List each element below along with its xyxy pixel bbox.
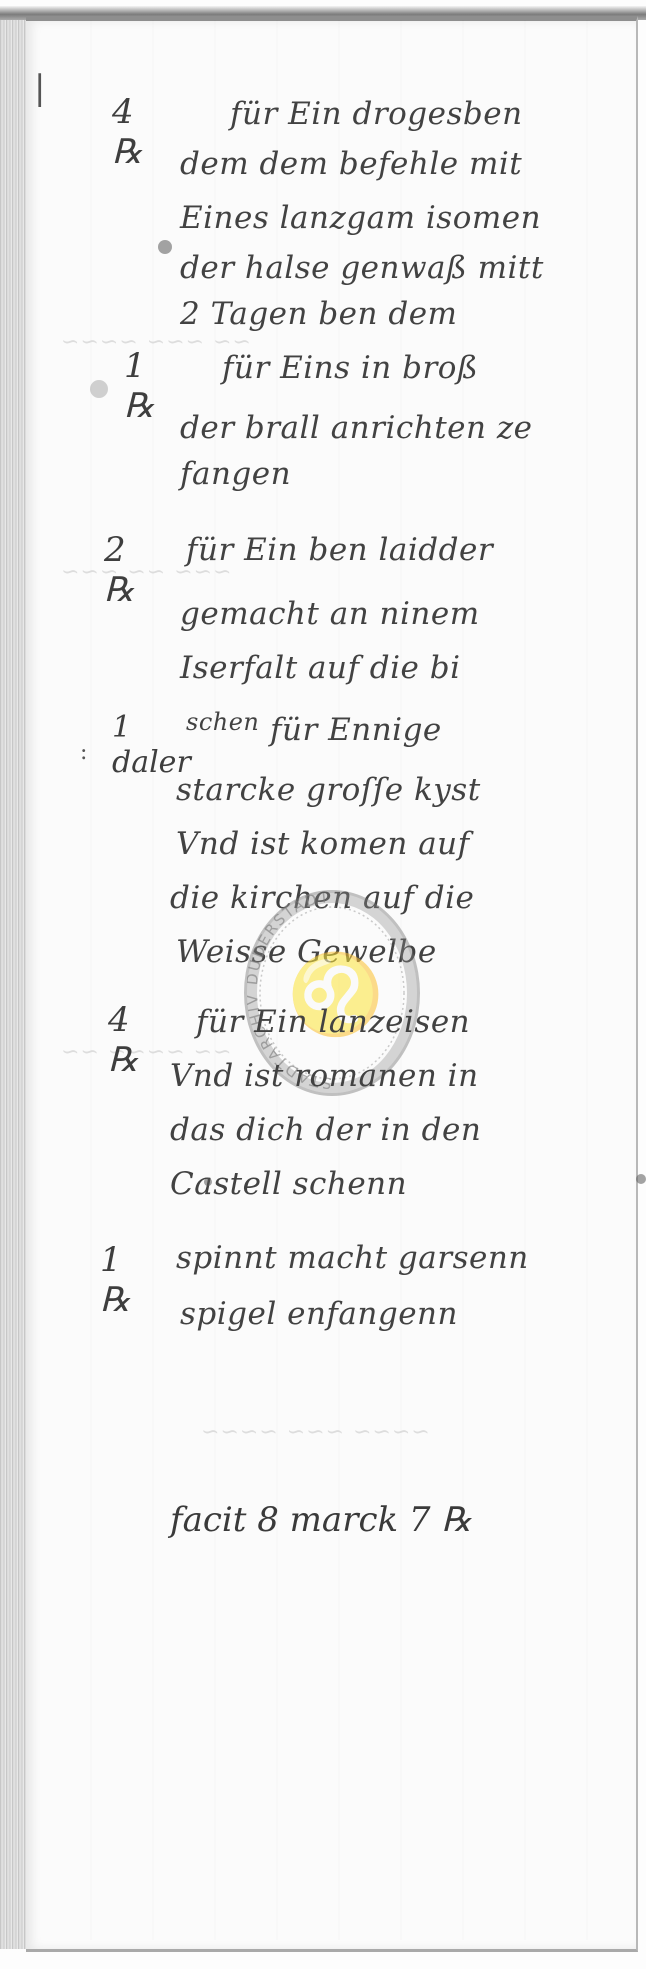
entry-line: spinnt macht garsenn [176,1240,529,1276]
entry-line: Eines lanzgam isomen [180,200,541,236]
ink-blot [158,240,172,254]
entry-line: für Eins in broß [222,350,478,386]
entry-amount: 1 daler [112,710,191,780]
entry-line: das dich der in den [170,1112,481,1148]
entry-line: der brall anrichten ze [180,410,533,446]
entry-line: spigel enfangenn [180,1296,458,1332]
entry-line: starcke groſſe kyst [176,772,481,808]
ink-blot [90,380,108,398]
entry-line: für Ein ben laidder [186,532,493,568]
entry-line: 2 Tagen ben dem [180,296,457,332]
entry-line: der halse genwaß mitt [180,250,544,286]
entry-line: für Ennige [270,712,442,748]
entry-line: dem dem befehle mit [180,146,522,182]
margin-dots: : [80,740,87,765]
ink-blot [204,1178,212,1186]
entry-line: fangen [180,456,291,492]
entry-line: für Ein lanzeisen [196,1004,470,1040]
entry-line: gemacht an ninem [180,596,480,632]
manuscript-page: ~~ ~~~ ~~~~ ~~~ ~~ ~~~ ~~ ~~~~ ~~ ~~~~ ~… [0,0,646,1969]
entry-line: für Ein drogesben [230,96,523,132]
entry-amount: 2 ℞ [104,530,134,610]
entry-line: Vnd ist romanen in [170,1058,479,1094]
entry-line: Iserfalt auf die bi [180,650,461,686]
ledger-total: facit 8 marck 7 ℞ [170,1500,472,1540]
entry-amount: 1 ℞ [124,346,154,426]
entry-amount: 1 ℞ [100,1240,130,1320]
entry-amount: 4 ℞ [112,92,142,172]
entry-line: schen [186,708,259,736]
entry-line: Vnd ist komen auf [176,826,470,862]
edge-blemish [636,1174,646,1184]
margin-mark: | [34,68,45,108]
entry-amount: 4 ℞ [108,1000,138,1080]
bleed-through-text: ~~~~ ~~~ ~~~~ [200,1420,430,1445]
